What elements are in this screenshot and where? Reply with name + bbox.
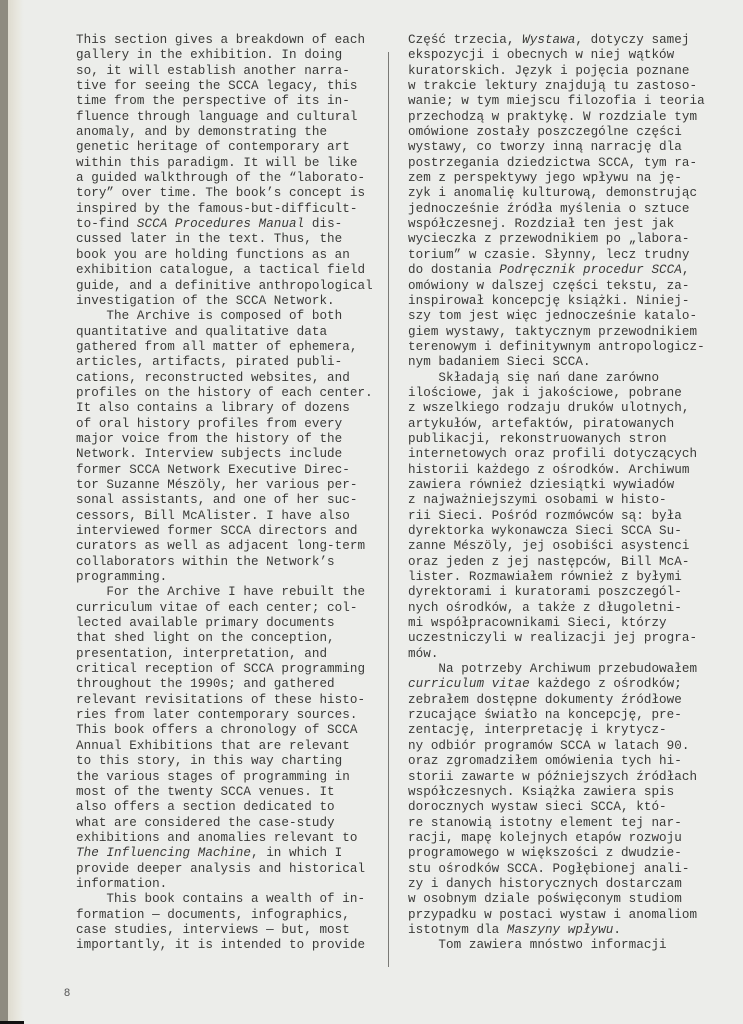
text-line: istotnym dla Maszyny wpływu. [408, 923, 718, 938]
text-line: postrzegania dziedzictwa SCCA, tym ra- [408, 156, 718, 171]
text-line: case studies, interviews — but, most [76, 923, 376, 938]
text-line: genetic heritage of contemporary art [76, 140, 376, 155]
text-line: curriculum vitae of each center; col- [76, 601, 376, 616]
text-line: do dostania Podręcznik procedur SCCA, [408, 263, 718, 278]
text-line: z najważniejszymi osobami w histo- [408, 493, 718, 508]
text-line: cations, reconstructed websites, and [76, 371, 376, 386]
text-line: przechodzą w praktykę. W rozdziale tym [408, 110, 718, 125]
text-line: major voice from the history of the [76, 432, 376, 447]
page-binding-shadow [0, 0, 8, 1024]
text-line: Annual Exhibitions that are relevant [76, 739, 376, 754]
text-line: terenowym i definitywnym antropologicz- [408, 340, 718, 355]
text-line: anomaly, and by demonstrating the [76, 125, 376, 140]
text-line: ekspozycji i obecnych w niej wątków [408, 48, 718, 63]
text-line: stu ośrodków SCCA. Pogłębionej anali- [408, 862, 718, 877]
text-line: time from the perspective of its in- [76, 94, 376, 109]
text-line: oraz zgromadziłem omówienia tych hi- [408, 754, 718, 769]
text-line: ries from later contemporary sources. [76, 708, 376, 723]
text-line: Na potrzeby Archiwum przebudowałem [408, 662, 718, 677]
text-line: dyrektorka wykonawcza Sieci SCCA Su- [408, 524, 718, 539]
column-divider [388, 52, 389, 967]
text-line: For the Archive I have rebuilt the [76, 585, 376, 600]
text-line: of oral history profiles from every [76, 417, 376, 432]
text-line: investigation of the SCCA Network. [76, 294, 376, 309]
text-line: współczesnej. Rozdział ten jest jak [408, 217, 718, 232]
text-line: zem z perspektywy jego wpływu na ję- [408, 171, 718, 186]
text-line: zebrałem dostępne dokumenty źródłowe [408, 693, 718, 708]
text-line: presentation, interpretation, and [76, 647, 376, 662]
text-line: interviewed former SCCA directors and [76, 524, 376, 539]
text-line: wystawy, co tworzy inną narrację dla [408, 140, 718, 155]
text-line: exhibition catalogue, a tactical field [76, 263, 376, 278]
text-line: zyk i anomalię kulturową, demonstrując [408, 186, 718, 201]
text-line: also offers a section dedicated to [76, 800, 376, 815]
text-line: Tom zawiera mnóstwo informacji [408, 938, 718, 953]
text-line: book you are holding functions as an [76, 248, 376, 263]
text-line: wycieczka z przewodnikiem po „labora- [408, 232, 718, 247]
text-line: dorocznych wystaw sieci SCCA, któ- [408, 800, 718, 815]
text-line: zentację, interpretację i krytycz- [408, 723, 718, 738]
text-line: This book contains a wealth of in- [76, 892, 376, 907]
text-line: inspired by the famous-but-difficult- [76, 202, 376, 217]
text-line: z wszelkiego rodzaju druków ulotnych, [408, 401, 718, 416]
text-line: a guided walkthrough of the “laborato- [76, 171, 376, 186]
text-line: gathered from all matter of ephemera, [76, 340, 376, 355]
text-line: zawiera również dziesiątki wywiadów [408, 478, 718, 493]
text-line: omówiony w dalszej części tekstu, za- [408, 279, 718, 294]
text-line: współczesnych. Książka zawiera spis [408, 785, 718, 800]
text-line: The Influencing Machine, in which I [76, 846, 376, 861]
text-line: formation — documents, infographics, [76, 908, 376, 923]
text-line: omówione zostały poszczególne części [408, 125, 718, 140]
text-line: to-find SCCA Procedures Manual dis- [76, 217, 376, 232]
text-line: szy tom jest więc jednocześnie katalo- [408, 309, 718, 324]
text-line: relevant revisitations of these histo- [76, 693, 376, 708]
text-line: rzucające światło na koncepcję, pre- [408, 708, 718, 723]
text-line: cessors, Bill McAlister. I have also [76, 509, 376, 524]
text-line: giem wystawy, taktycznym przewodnikiem [408, 325, 718, 340]
text-line: artykułów, artefaktów, piratowanych [408, 417, 718, 432]
text-line: sonal assistants, and one of her suc- [76, 493, 376, 508]
text-line: This section gives a breakdown of each [76, 33, 376, 48]
text-line: programowego w większości z dwudzie- [408, 846, 718, 861]
text-line: importantly, it is intended to provide [76, 938, 376, 953]
text-line: tive for seeing the SCCA legacy, this [76, 79, 376, 94]
text-line: oraz jeden z jej następców, Bill McA- [408, 555, 718, 570]
text-line: historii każdego z ośrodków. Archiwum [408, 463, 718, 478]
text-line: profiles on the history of each center. [76, 386, 376, 401]
text-line: Część trzecia, Wystawa, dotyczy samej [408, 33, 718, 48]
text-line: This book offers a chronology of SCCA [76, 723, 376, 738]
text-line: storii zawarte w późniejszych źródłach [408, 770, 718, 785]
text-line: rii Sieci. Pośród rozmówców są: była [408, 509, 718, 524]
text-line: so, it will establish another narra- [76, 64, 376, 79]
text-line: most of the twenty SCCA venues. It [76, 785, 376, 800]
text-line: within this paradigm. It will be like [76, 156, 376, 171]
text-line: mów. [408, 647, 718, 662]
text-line: internetowych oraz profili dotyczących [408, 447, 718, 462]
text-line: mi współpracownikami Sieci, którzy [408, 616, 718, 631]
text-line: ilościowe, jak i jakościowe, pobrane [408, 386, 718, 401]
text-line: lister. Rozmawiałem również z byłymi [408, 570, 718, 585]
text-line: guide, and a definitive anthropological [76, 279, 376, 294]
text-line: quantitative and qualitative data [76, 325, 376, 340]
text-line: inspirował koncepcję książki. Niniej- [408, 294, 718, 309]
text-line: It also contains a library of dozens [76, 401, 376, 416]
text-line: critical reception of SCCA programming [76, 662, 376, 677]
text-line: throughout the 1990s; and gathered [76, 677, 376, 692]
page-binding-fade [8, 0, 24, 1024]
text-line: zanne Mészöly, jej osobiści asystenci [408, 539, 718, 554]
text-line: w osobnym dziale poświęconym studiom [408, 892, 718, 907]
text-line: curriculum vitae każdego z ośrodków; [408, 677, 718, 692]
text-line: articles, artifacts, pirated publi- [76, 355, 376, 370]
text-line: w trakcie lektury znajdują tu zastoso- [408, 79, 718, 94]
text-line: kuratorskich. Język i pojęcia poznane [408, 64, 718, 79]
text-line: przypadku w postaci wystaw i anomaliom [408, 908, 718, 923]
text-line: torium” w czasie. Słynny, lecz trudny [408, 248, 718, 263]
text-line: information. [76, 877, 376, 892]
page-number: 8 [64, 987, 70, 999]
text-line: dyrektorami i kuratorami poszczegól- [408, 585, 718, 600]
text-line: uczestniczyli w realizacji jej progra- [408, 631, 718, 646]
text-line: gallery in the exhibition. In doing [76, 48, 376, 63]
text-line: provide deeper analysis and historical [76, 862, 376, 877]
text-line: nych ośrodków, a także z długoletni- [408, 601, 718, 616]
text-line: the various stages of programming in [76, 770, 376, 785]
text-line: tory” over time. The book’s concept is [76, 186, 376, 201]
text-line: that shed light on the conception, [76, 631, 376, 646]
text-line: ny odbiór programów SCCA w latach 90. [408, 739, 718, 754]
text-line: exhibitions and anomalies relevant to [76, 831, 376, 846]
text-line: nym badaniem Sieci SCCA. [408, 355, 718, 370]
text-line: lected available primary documents [76, 616, 376, 631]
text-line: former SCCA Network Executive Direc- [76, 463, 376, 478]
text-line: programming. [76, 570, 376, 585]
text-line: jednocześnie źródła myślenia o sztuce [408, 202, 718, 217]
text-line: zy i danych historycznych dostarczam [408, 877, 718, 892]
text-line: cussed later in the text. Thus, the [76, 232, 376, 247]
polish-text-column: Część trzecia, Wystawa, dotyczy samejeks… [408, 33, 718, 954]
text-line: racji, mapę kolejnych etapów rozwoju [408, 831, 718, 846]
text-line: collaborators within the Network’s [76, 555, 376, 570]
text-line: Składają się nań dane zarówno [408, 371, 718, 386]
text-line: to this story, in this way charting [76, 754, 376, 769]
text-line: tor Suzanne Mészöly, her various per- [76, 478, 376, 493]
text-line: The Archive is composed of both [76, 309, 376, 324]
text-line: Network. Interview subjects include [76, 447, 376, 462]
text-line: what are considered the case-study [76, 816, 376, 831]
text-line: curators as well as adjacent long-term [76, 539, 376, 554]
text-line: wanie; w tym miejscu filozofia i teoria [408, 94, 718, 109]
text-line: publikacji, rekonstruowanych stron [408, 432, 718, 447]
english-text-column: This section gives a breakdown of eachga… [76, 33, 376, 954]
text-line: re stanowią istotny element tej nar- [408, 816, 718, 831]
text-line: fluence through language and cultural [76, 110, 376, 125]
